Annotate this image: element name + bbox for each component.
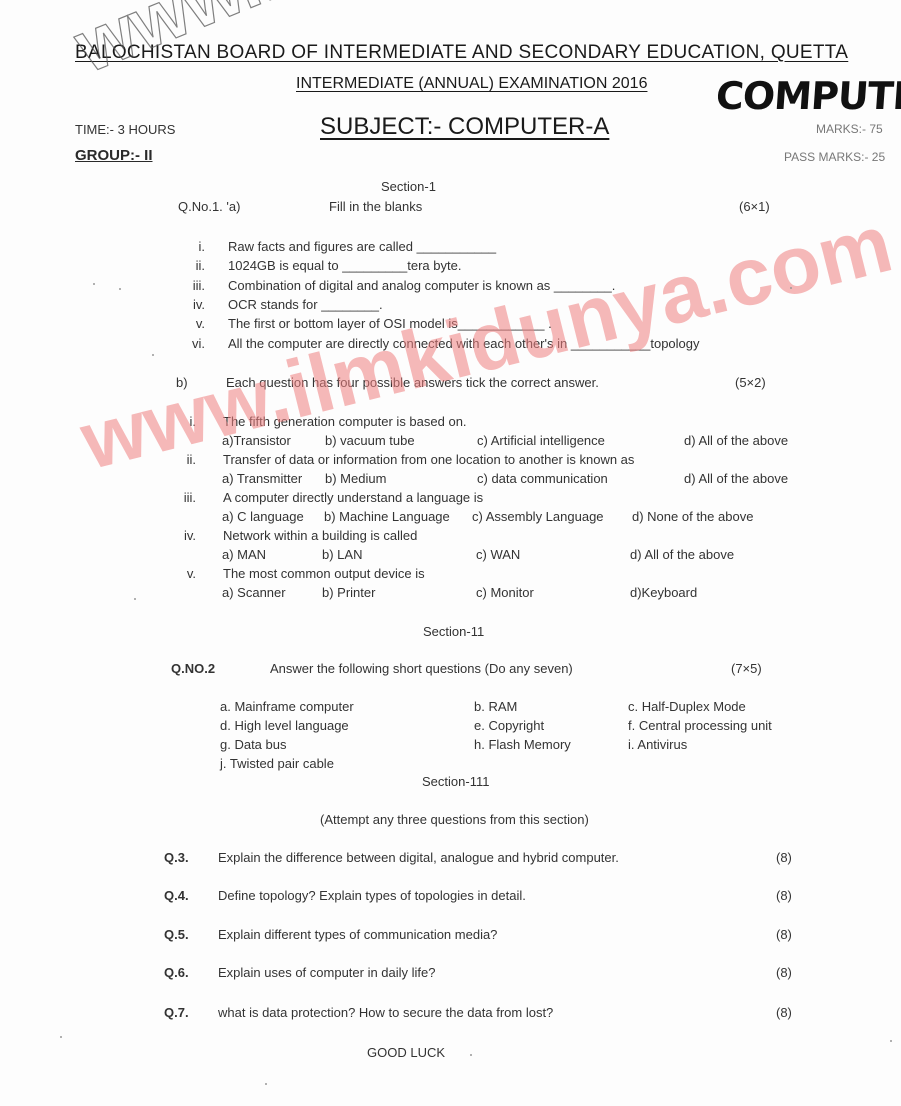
mcq-option: c) data communication: [477, 471, 608, 486]
short-question-item: i. Antivirus: [628, 737, 687, 752]
short-question-item: a. Mainframe computer: [220, 699, 354, 714]
q3-7-instruction: (Attempt any three questions from this s…: [320, 812, 589, 827]
mcq-option: b) Machine Language: [324, 509, 450, 524]
short-question-item: f. Central processing unit: [628, 718, 772, 733]
short-question-item: d. High level language: [220, 718, 349, 733]
mcq-option: c) Assembly Language: [472, 509, 604, 524]
mcq-option: d) None of the above: [632, 509, 753, 524]
q1b-marks: (5×2): [735, 375, 766, 390]
item-number: vi.: [175, 336, 205, 351]
item-number: iii.: [175, 278, 205, 293]
mcq-option: d)Keyboard: [630, 585, 697, 600]
q2-marks: (7×5): [731, 661, 762, 676]
subject-title: SUBJECT:- COMPUTER-A: [320, 113, 609, 141]
item-number: v.: [175, 316, 205, 331]
time-label: TIME:- 3 HOURS: [75, 122, 175, 137]
mcq-number: iv.: [166, 528, 196, 543]
section-3-title: Section-111: [422, 774, 489, 789]
mcq-option: a) Transmitter: [222, 471, 302, 486]
mcq-option: d) All of the above: [684, 471, 788, 486]
mcq-option: b) LAN: [322, 547, 362, 562]
short-question-item: g. Data bus: [220, 737, 287, 752]
section-1-title: Section-1: [381, 179, 436, 194]
long-question-marks: (8): [776, 1005, 792, 1020]
item-number: ii.: [175, 258, 205, 273]
q2-instruction: Answer the following short questions (Do…: [270, 661, 573, 676]
long-question-marks: (8): [776, 888, 792, 903]
fill-blank-item: OCR stands for ________.: [228, 297, 383, 312]
q2-label: Q.NO.2: [171, 661, 215, 676]
short-question-item: b. RAM: [474, 699, 517, 714]
item-number: i.: [175, 239, 205, 254]
short-question-item: e. Copyright: [474, 718, 544, 733]
long-question-label: Q.6.: [164, 965, 189, 980]
short-question-item: h. Flash Memory: [474, 737, 571, 752]
long-question-text: Explain the difference between digital, …: [218, 850, 619, 865]
q1a-marks: (6×1): [739, 199, 770, 214]
q1-label: Q.No.1. 'a): [178, 199, 240, 214]
mcq-option: c) Artificial intelligence: [477, 433, 605, 448]
mcq-question: Transfer of data or information from one…: [223, 452, 634, 467]
long-question-label: Q.3.: [164, 850, 189, 865]
long-question-text: Define topology? Explain types of topolo…: [218, 888, 526, 903]
q1a-instruction: Fill in the blanks: [329, 199, 422, 214]
good-luck: GOOD LUCK: [367, 1045, 445, 1060]
short-question-item: c. Half-Duplex Mode: [628, 699, 746, 714]
mcq-option: b) vacuum tube: [325, 433, 415, 448]
mcq-option: b) Medium: [325, 471, 386, 486]
mcq-number: iii.: [166, 490, 196, 505]
group-label: GROUP:- II: [75, 147, 153, 164]
mcq-option: a) Scanner: [222, 585, 286, 600]
short-question-item: j. Twisted pair cable: [220, 756, 334, 771]
mcq-question: Network within a building is called: [223, 528, 417, 543]
long-question-label: Q.4.: [164, 888, 189, 903]
pass-marks: PASS MARKS:- 25: [784, 150, 885, 164]
mcq-option: c) Monitor: [476, 585, 534, 600]
mcq-option: a) C language: [222, 509, 304, 524]
section-2-title: Section-11: [423, 624, 484, 639]
mcq-question: A computer directly understand a languag…: [223, 490, 483, 505]
mcq-option: d) All of the above: [684, 433, 788, 448]
long-question-text: Explain uses of computer in daily life?: [218, 965, 436, 980]
exam-title: INTERMEDIATE (ANNUAL) EXAMINATION 2016: [296, 75, 647, 93]
mcq-option: b) Printer: [322, 585, 375, 600]
long-question-marks: (8): [776, 965, 792, 980]
long-question-marks: (8): [776, 850, 792, 865]
long-question-label: Q.7.: [164, 1005, 189, 1020]
mcq-option: a) MAN: [222, 547, 266, 562]
long-question-marks: (8): [776, 927, 792, 942]
mcq-number: v.: [166, 566, 196, 581]
total-marks: MARKS:- 75: [816, 122, 883, 136]
long-question-label: Q.5.: [164, 927, 189, 942]
handwritten-note: COMPUTER: [714, 74, 901, 118]
mcq-option: d) All of the above: [630, 547, 734, 562]
mcq-question: The most common output device is: [223, 566, 425, 581]
mcq-option: c) WAN: [476, 547, 520, 562]
fill-blank-item: Raw facts and figures are called _______…: [228, 239, 496, 254]
item-number: iv.: [175, 297, 205, 312]
long-question-text: Explain different types of communication…: [218, 927, 497, 942]
long-question-text: what is data protection? How to secure t…: [218, 1005, 553, 1020]
fill-blank-item: 1024GB is equal to _________tera byte.: [228, 258, 461, 273]
